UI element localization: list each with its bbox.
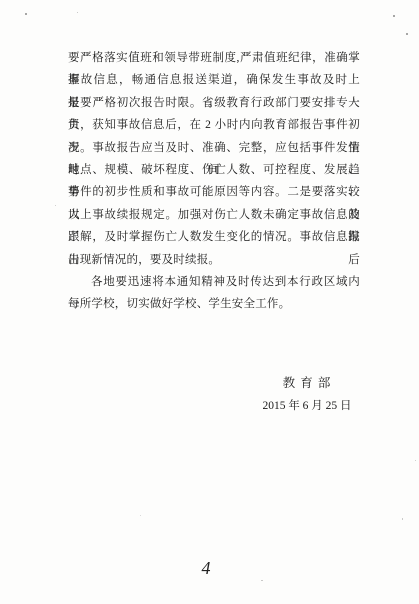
scan-speck bbox=[261, 580, 263, 581]
scan-speck bbox=[406, 33, 408, 35]
text-line: 要严格落实值班和领导带班制度,严肃值班纪律，准确掌握 bbox=[68, 47, 360, 69]
scan-speck bbox=[77, 12, 78, 13]
text-line: 了解，及时掌握伤亡人数发生变化的情况。事故信息报告后 bbox=[68, 226, 360, 248]
text-line: 一所学校，切实做好学校、学生安全工作。 bbox=[68, 293, 360, 315]
text-line: 地点、规模、破坏程度、伤亡人数、可控程度、发展趋势、 bbox=[68, 159, 360, 181]
text-line: 各地要迅速将本通知精神及时传达到本行政区域内每 bbox=[68, 271, 360, 293]
text-line: 况。事故报告应当及时、准确、完整，应包括事件发生时间、 bbox=[68, 137, 360, 159]
page-number: 4 bbox=[190, 558, 222, 579]
text-line: 事件的初步性质和事故可能原因等内容。二是要落实较大及 bbox=[68, 181, 360, 203]
text-line: 是要严格初次报告时限。省级教育行政部门要安排专人负 bbox=[68, 92, 360, 114]
signature-block: 教 育 部 2015 年 6 月 25 日 bbox=[261, 371, 353, 418]
scanned-document-page: 要严格落实值班和领导带班制度,严肃值班纪律，准确掌握事故信息，畅通信息报送渠道，… bbox=[0, 0, 419, 604]
scan-speck bbox=[140, 515, 141, 516]
document-body: 要严格落实值班和领导带班制度,严肃值班纪律，准确掌握事故信息，畅通信息报送渠道，… bbox=[68, 47, 360, 316]
text-line: 事故信息，畅通信息报送渠道，确保发生事故及时上报。一 bbox=[68, 69, 360, 91]
scan-speck bbox=[393, 15, 395, 17]
scan-speck bbox=[415, 460, 416, 461]
text-line: 以上事故续报规定。加强对伤亡人数未确定事故信息的跟踪 bbox=[68, 204, 360, 226]
scan-speck bbox=[25, 13, 27, 15]
signer-name: 教 育 部 bbox=[261, 371, 353, 395]
signature-date: 2015 年 6 月 25 日 bbox=[261, 395, 353, 418]
text-line: 责，获知事故信息后，在 2 小时内向教育部报告事件初步情 bbox=[68, 114, 360, 136]
scan-speck bbox=[402, 518, 403, 520]
scan-speck bbox=[55, 205, 56, 206]
